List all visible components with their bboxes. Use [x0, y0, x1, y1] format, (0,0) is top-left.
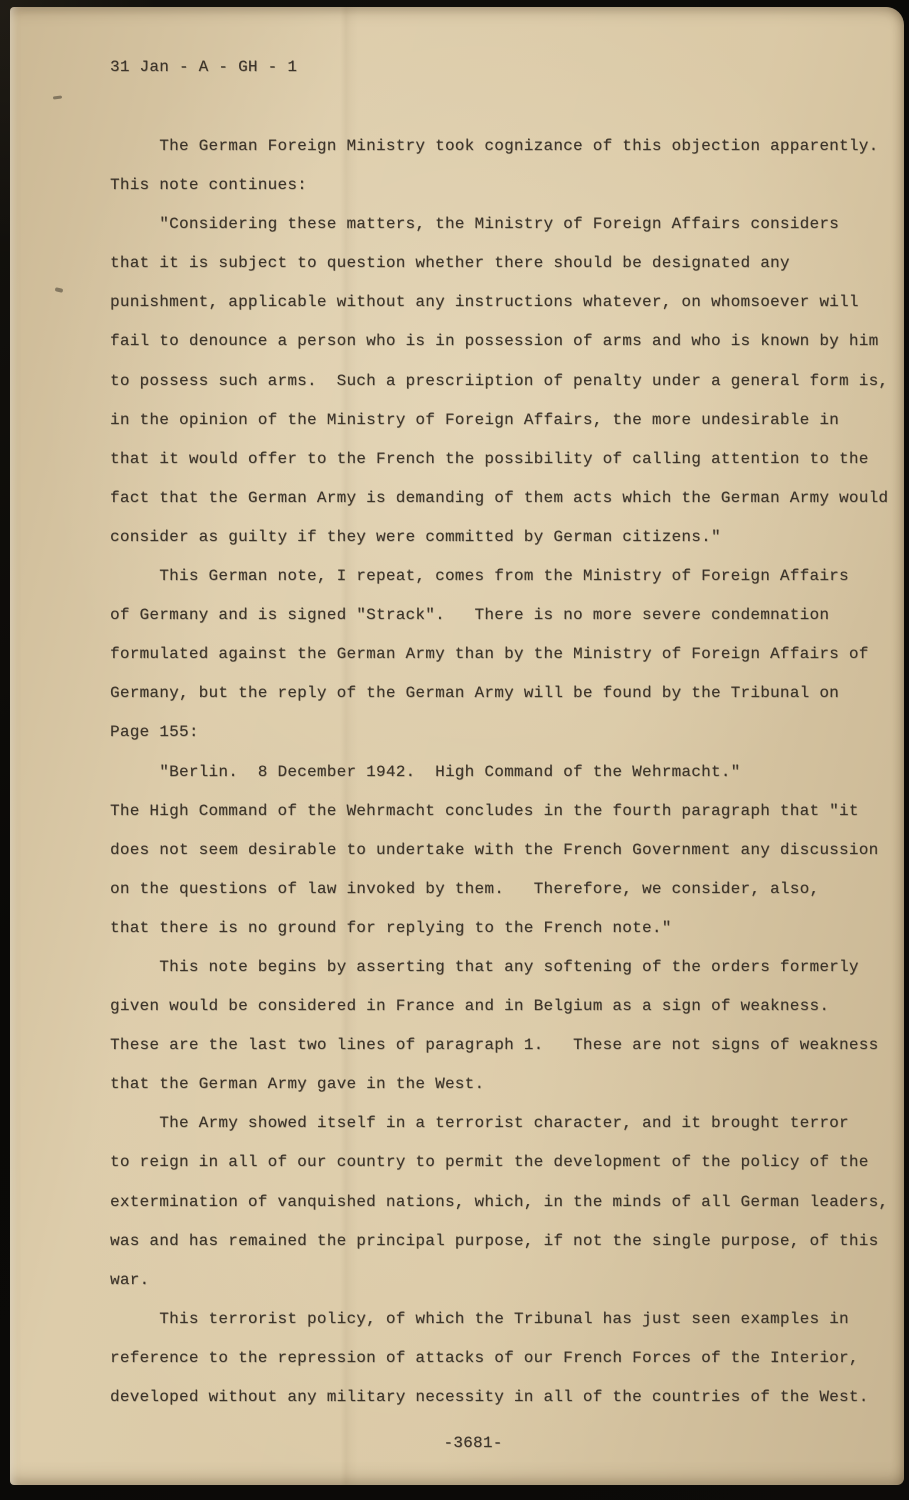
text-line: The High Command of the Wehrmacht conclu…	[110, 792, 886, 831]
text-line: to possess such arms. Such a prescriipti…	[110, 362, 886, 401]
text-line: This terrorist policy, of which the Trib…	[110, 1300, 886, 1339]
text-line: "Berlin. 8 December 1942. High Command o…	[110, 753, 886, 792]
text-line: consider as guilty if they were committe…	[110, 518, 886, 557]
edge-mark	[53, 95, 62, 99]
text-line: that there is no ground for replying to …	[110, 909, 886, 948]
text-line: does not seem desirable to undertake wit…	[110, 831, 886, 870]
text-line: Germany, but the reply of the German Arm…	[110, 674, 886, 713]
page-header-code: 31 Jan - A - GH - 1	[110, 48, 297, 87]
scan-background: 31 Jan - A - GH - 1 The German Foreign M…	[0, 0, 909, 1500]
text-line: The Army showed itself in a terrorist ch…	[110, 1104, 886, 1143]
text-line: of Germany and is signed "Strack". There…	[110, 596, 886, 635]
text-line: "Considering these matters, the Ministry…	[110, 205, 886, 244]
text-line: on the questions of law invoked by them.…	[110, 870, 886, 909]
text-line: in the opinion of the Ministry of Foreig…	[110, 401, 886, 440]
text-line: war.	[110, 1261, 886, 1300]
text-line: that it would offer to the French the po…	[110, 440, 886, 479]
text-line: This note continues:	[110, 166, 886, 205]
text-line: This German note, I repeat, comes from t…	[110, 557, 886, 596]
text-line: fail to denounce a person who is in poss…	[110, 322, 886, 361]
text-line: was and has remained the principal purpo…	[110, 1222, 886, 1261]
text-line: reference to the repression of attacks o…	[110, 1339, 886, 1378]
text-line: These are the last two lines of paragrap…	[110, 1026, 886, 1065]
edge-mark	[55, 287, 64, 293]
document-body: The German Foreign Ministry took cogniza…	[110, 127, 886, 1417]
text-line: punishment, applicable without any instr…	[110, 283, 886, 322]
text-line: given would be considered in France and …	[110, 987, 886, 1026]
text-line: formulated against the German Army than …	[110, 635, 886, 674]
text-line: to reign in all of our country to permit…	[110, 1143, 886, 1182]
text-line: fact that the German Army is demanding o…	[110, 479, 886, 518]
text-line: that the German Army gave in the West.	[110, 1065, 886, 1104]
text-line: The German Foreign Ministry took cogniza…	[110, 127, 886, 166]
page-number: -3681-	[26, 1424, 909, 1463]
text-line: that it is subject to question whether t…	[110, 244, 886, 283]
text-line: This note begins by asserting that any s…	[110, 948, 886, 987]
text-line: developed without any military necessity…	[110, 1378, 886, 1417]
text-line: Page 155:	[110, 713, 886, 752]
text-line: extermination of vanquished nations, whi…	[110, 1183, 886, 1222]
document-page: 31 Jan - A - GH - 1 The German Foreign M…	[10, 7, 904, 1485]
